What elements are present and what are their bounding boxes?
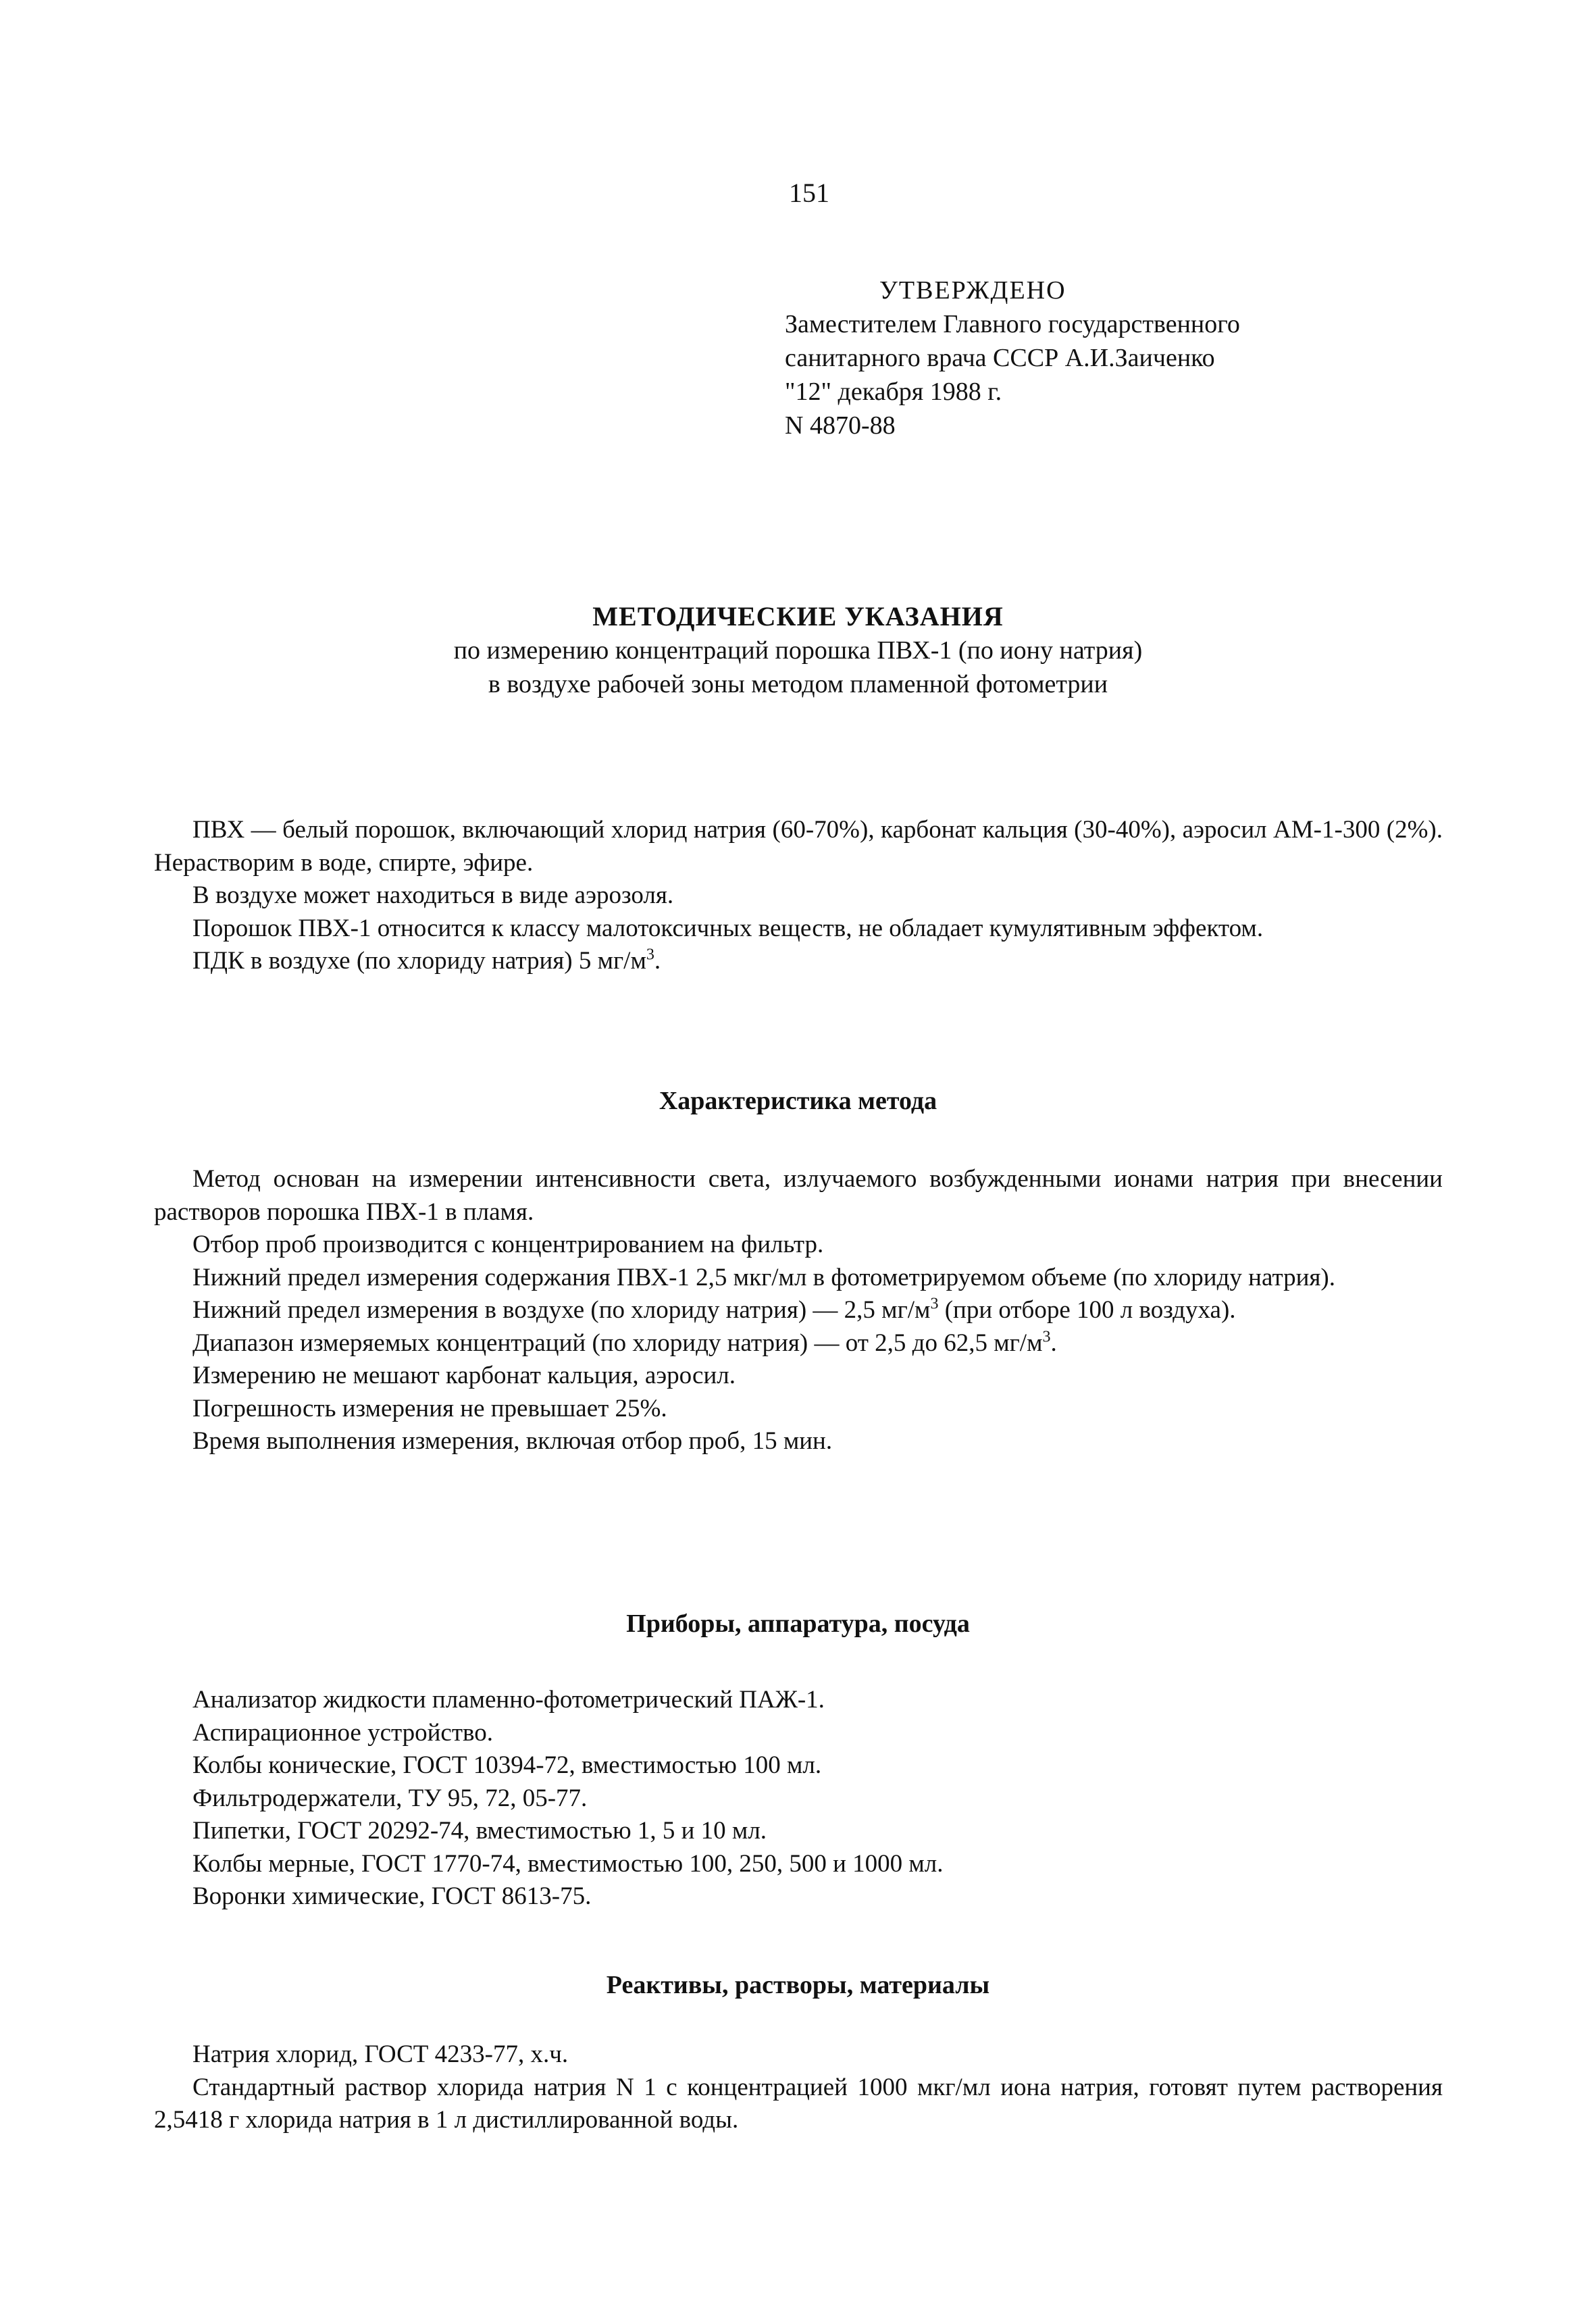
air-limit-paragraph: Нижний предел измерения в воздухе (по хл…: [154, 1294, 1443, 1327]
list-item: Воронки химические, ГОСТ 8613-75.: [154, 1880, 1443, 1913]
paragraph: Порошок ПВХ-1 относится к классу малоток…: [154, 912, 1443, 946]
approval-date: "12" декабря 1988 г.: [785, 375, 1240, 409]
list-item: Колбы конические, ГОСТ 10394-72, вместим…: [154, 1749, 1443, 1782]
paragraph: ПВХ — белый порошок, включающий хлорид н…: [154, 814, 1443, 879]
paragraph: Измерению не мешают карбонат кальция, аэ…: [154, 1360, 1443, 1393]
range-paragraph: Диапазон измеряемых концентраций (по хло…: [154, 1327, 1443, 1360]
approval-line: Заместителем Главного государственного: [785, 307, 1240, 341]
paragraph: Время выполнения измерения, включая отбо…: [154, 1425, 1443, 1458]
list-item: Фильтродержатели, ТУ 95, 72, 05-77.: [154, 1782, 1443, 1816]
approval-heading: УТВЕРЖДЕНО: [785, 274, 1240, 307]
paragraph: Метод основан на измерении интенсивности…: [154, 1163, 1443, 1229]
approval-line: санитарного врача СССР А.И.Заиченко: [785, 341, 1240, 375]
section-heading: Характеристика метода: [0, 1086, 1596, 1116]
pdk-paragraph: ПДК в воздухе (по хлориду натрия) 5 мг/м…: [154, 945, 1443, 978]
page-number: 151: [789, 177, 829, 209]
paragraph: В воздухе может находиться в виде аэрозо…: [154, 879, 1443, 912]
document-title: МЕТОДИЧЕСКИЕ УКАЗАНИЯ: [0, 600, 1596, 634]
document-subtitle: по измерению концентраций порошка ПВХ-1 …: [0, 634, 1596, 667]
section-heading: Приборы, аппаратура, посуда: [0, 1609, 1596, 1639]
reagents-section: Натрия хлорид, ГОСТ 4233-77, х.ч. Станда…: [154, 2038, 1443, 2137]
approval-block: УТВЕРЖДЕНО Заместителем Главного государ…: [785, 274, 1240, 442]
approval-number: N 4870-88: [785, 409, 1240, 442]
section-heading: Реактивы, растворы, материалы: [0, 1970, 1596, 2000]
intro-section: ПВХ — белый порошок, включающий хлорид н…: [154, 814, 1443, 978]
document-page: 151 УТВЕРЖДЕНО Заместителем Главного гос…: [0, 0, 1596, 2314]
paragraph: Погрешность измерения не превышает 25%.: [154, 1393, 1443, 1426]
paragraph: Натрия хлорид, ГОСТ 4233-77, х.ч.: [154, 2038, 1443, 2072]
list-item: Колбы мерные, ГОСТ 1770-74, вместимостью…: [154, 1848, 1443, 1881]
list-item: Анализатор жидкости пламенно-фотометриче…: [154, 1684, 1443, 1717]
list-item: Аспирационное устройство.: [154, 1717, 1443, 1750]
paragraph: Стандартный раствор хлорида натрия N 1 с…: [154, 2072, 1443, 2137]
method-section: Метод основан на измерении интенсивности…: [154, 1163, 1443, 1458]
list-item: Пипетки, ГОСТ 20292-74, вместимостью 1, …: [154, 1815, 1443, 1848]
paragraph: Отбор проб производится с концентрирован…: [154, 1229, 1443, 1262]
paragraph: Нижний предел измерения содержания ПВХ-1…: [154, 1262, 1443, 1295]
document-subtitle: в воздухе рабочей зоны методом пламенной…: [0, 667, 1596, 701]
equipment-section: Анализатор жидкости пламенно-фотометриче…: [154, 1684, 1443, 1913]
document-title-block: МЕТОДИЧЕСКИЕ УКАЗАНИЯ по измерению конце…: [0, 600, 1596, 701]
